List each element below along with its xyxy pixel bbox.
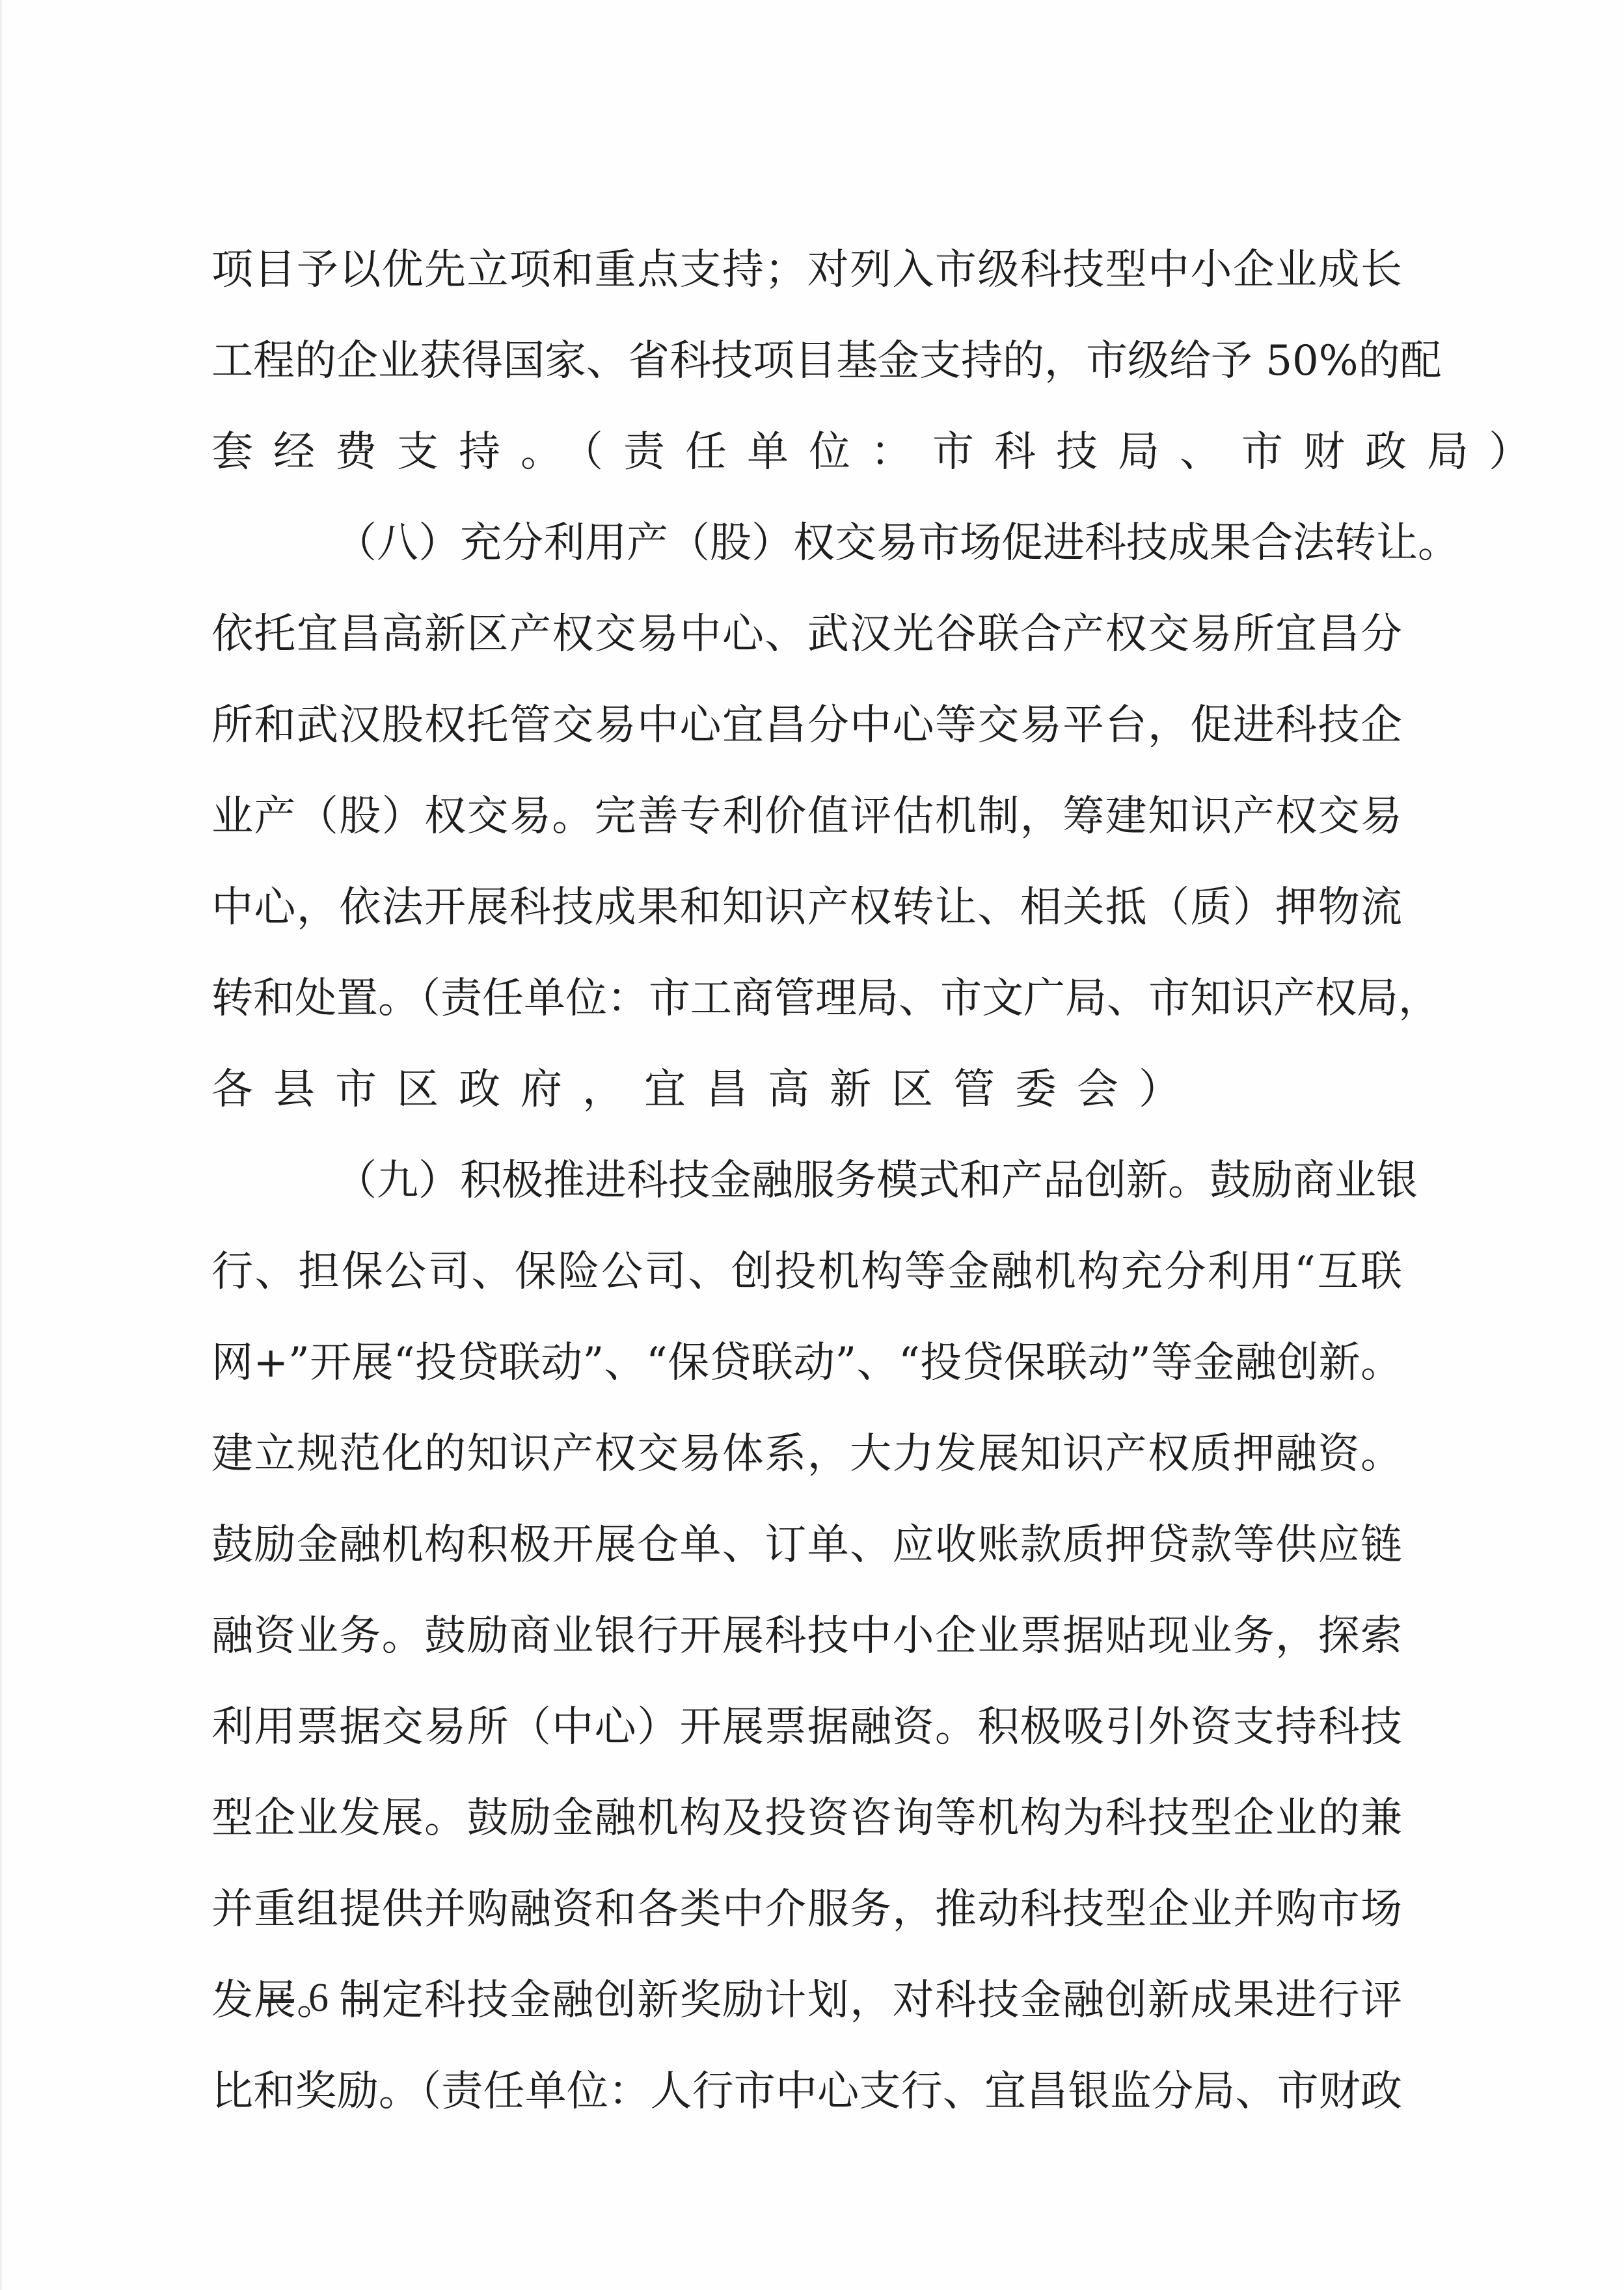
text-line: 建立规范化的知识产权交易体系，大力发展知识产权质押融资。 (211, 1426, 1402, 1517)
dash-left (260, 1999, 294, 2002)
text-line: 所和武汉股权托管交易中心宜昌分中心等交易平台，促进科技企 (211, 697, 1402, 788)
text-line: 并重组提供并购融资和各类中介服务，推动科技型企业并购市场 (211, 1881, 1402, 1973)
text-line: 依托宜昌高新区产权交易中心、武汉光谷联合产权交易所宜昌分 (211, 606, 1402, 697)
text-line: 套经费支持。（责任单位：市科技局、市财政局） (211, 424, 1402, 515)
text-line: 融资业务。鼓励商业银行开展科技中小企业票据贴现业务，探索 (211, 1608, 1402, 1699)
text-line: 项目予以优先立项和重点支持；对列入市级科技型中小企业成长 (211, 242, 1402, 333)
text-line: 转和处置。（责任单位：市工商管理局、市文广局、市知识产权局， (211, 971, 1402, 1062)
page-number: 6 (260, 1975, 391, 2021)
text-line: 中心，依法开展科技成果和知识产权转让、相关抵（质）押物流 (211, 880, 1402, 971)
text-line: 比和奖励。（责任单位：人行市中心支行、宜昌银监分局、市财政 (211, 2064, 1402, 2155)
section-heading-8: （八）充分利用产（股）权交易市场促进科技成果合法转让。 (211, 515, 1402, 606)
text-line: 各县市区政府，宜昌高新区管委会） (211, 1062, 1402, 1153)
text-line: 工程的企业获得国家、省科技项目基金支持的，市级给予 50%的配 (211, 333, 1402, 424)
text-line: 鼓励金融机构积极开展仓单、订单、应收账款质押贷款等供应链 (211, 1517, 1402, 1608)
section-heading-9: （九）积极推进科技金融服务模式和产品创新。鼓励商业银 (211, 1153, 1402, 1244)
text-line: 网+”开展“投贷联动”、“保贷联动”、“投贷保联动”等金融创新。 (211, 1335, 1402, 1426)
page-number-value: 6 (308, 1976, 329, 2020)
text-line: 业产（股）权交易。完善专利价值评估机制，筹建知识产权交易 (211, 788, 1402, 880)
scan-edge (0, 0, 2, 2290)
text-line: 行、担保公司、保险公司、创投机构等金融机构充分利用“互联 (211, 1244, 1402, 1335)
body-text: 项目予以优先立项和重点支持；对列入市级科技型中小企业成长 工程的企业获得国家、省… (211, 242, 1402, 2155)
document-page: 项目予以优先立项和重点支持；对列入市级科技型中小企业成长 工程的企业获得国家、省… (0, 0, 1624, 2290)
dash-right (343, 1999, 377, 2002)
text-line: 利用票据交易所（中心）开展票据融资。积极吸引外资支持科技 (211, 1699, 1402, 1790)
text-line: 型企业发展。鼓励金融机构及投资咨询等机构为科技型企业的兼 (211, 1790, 1402, 1881)
